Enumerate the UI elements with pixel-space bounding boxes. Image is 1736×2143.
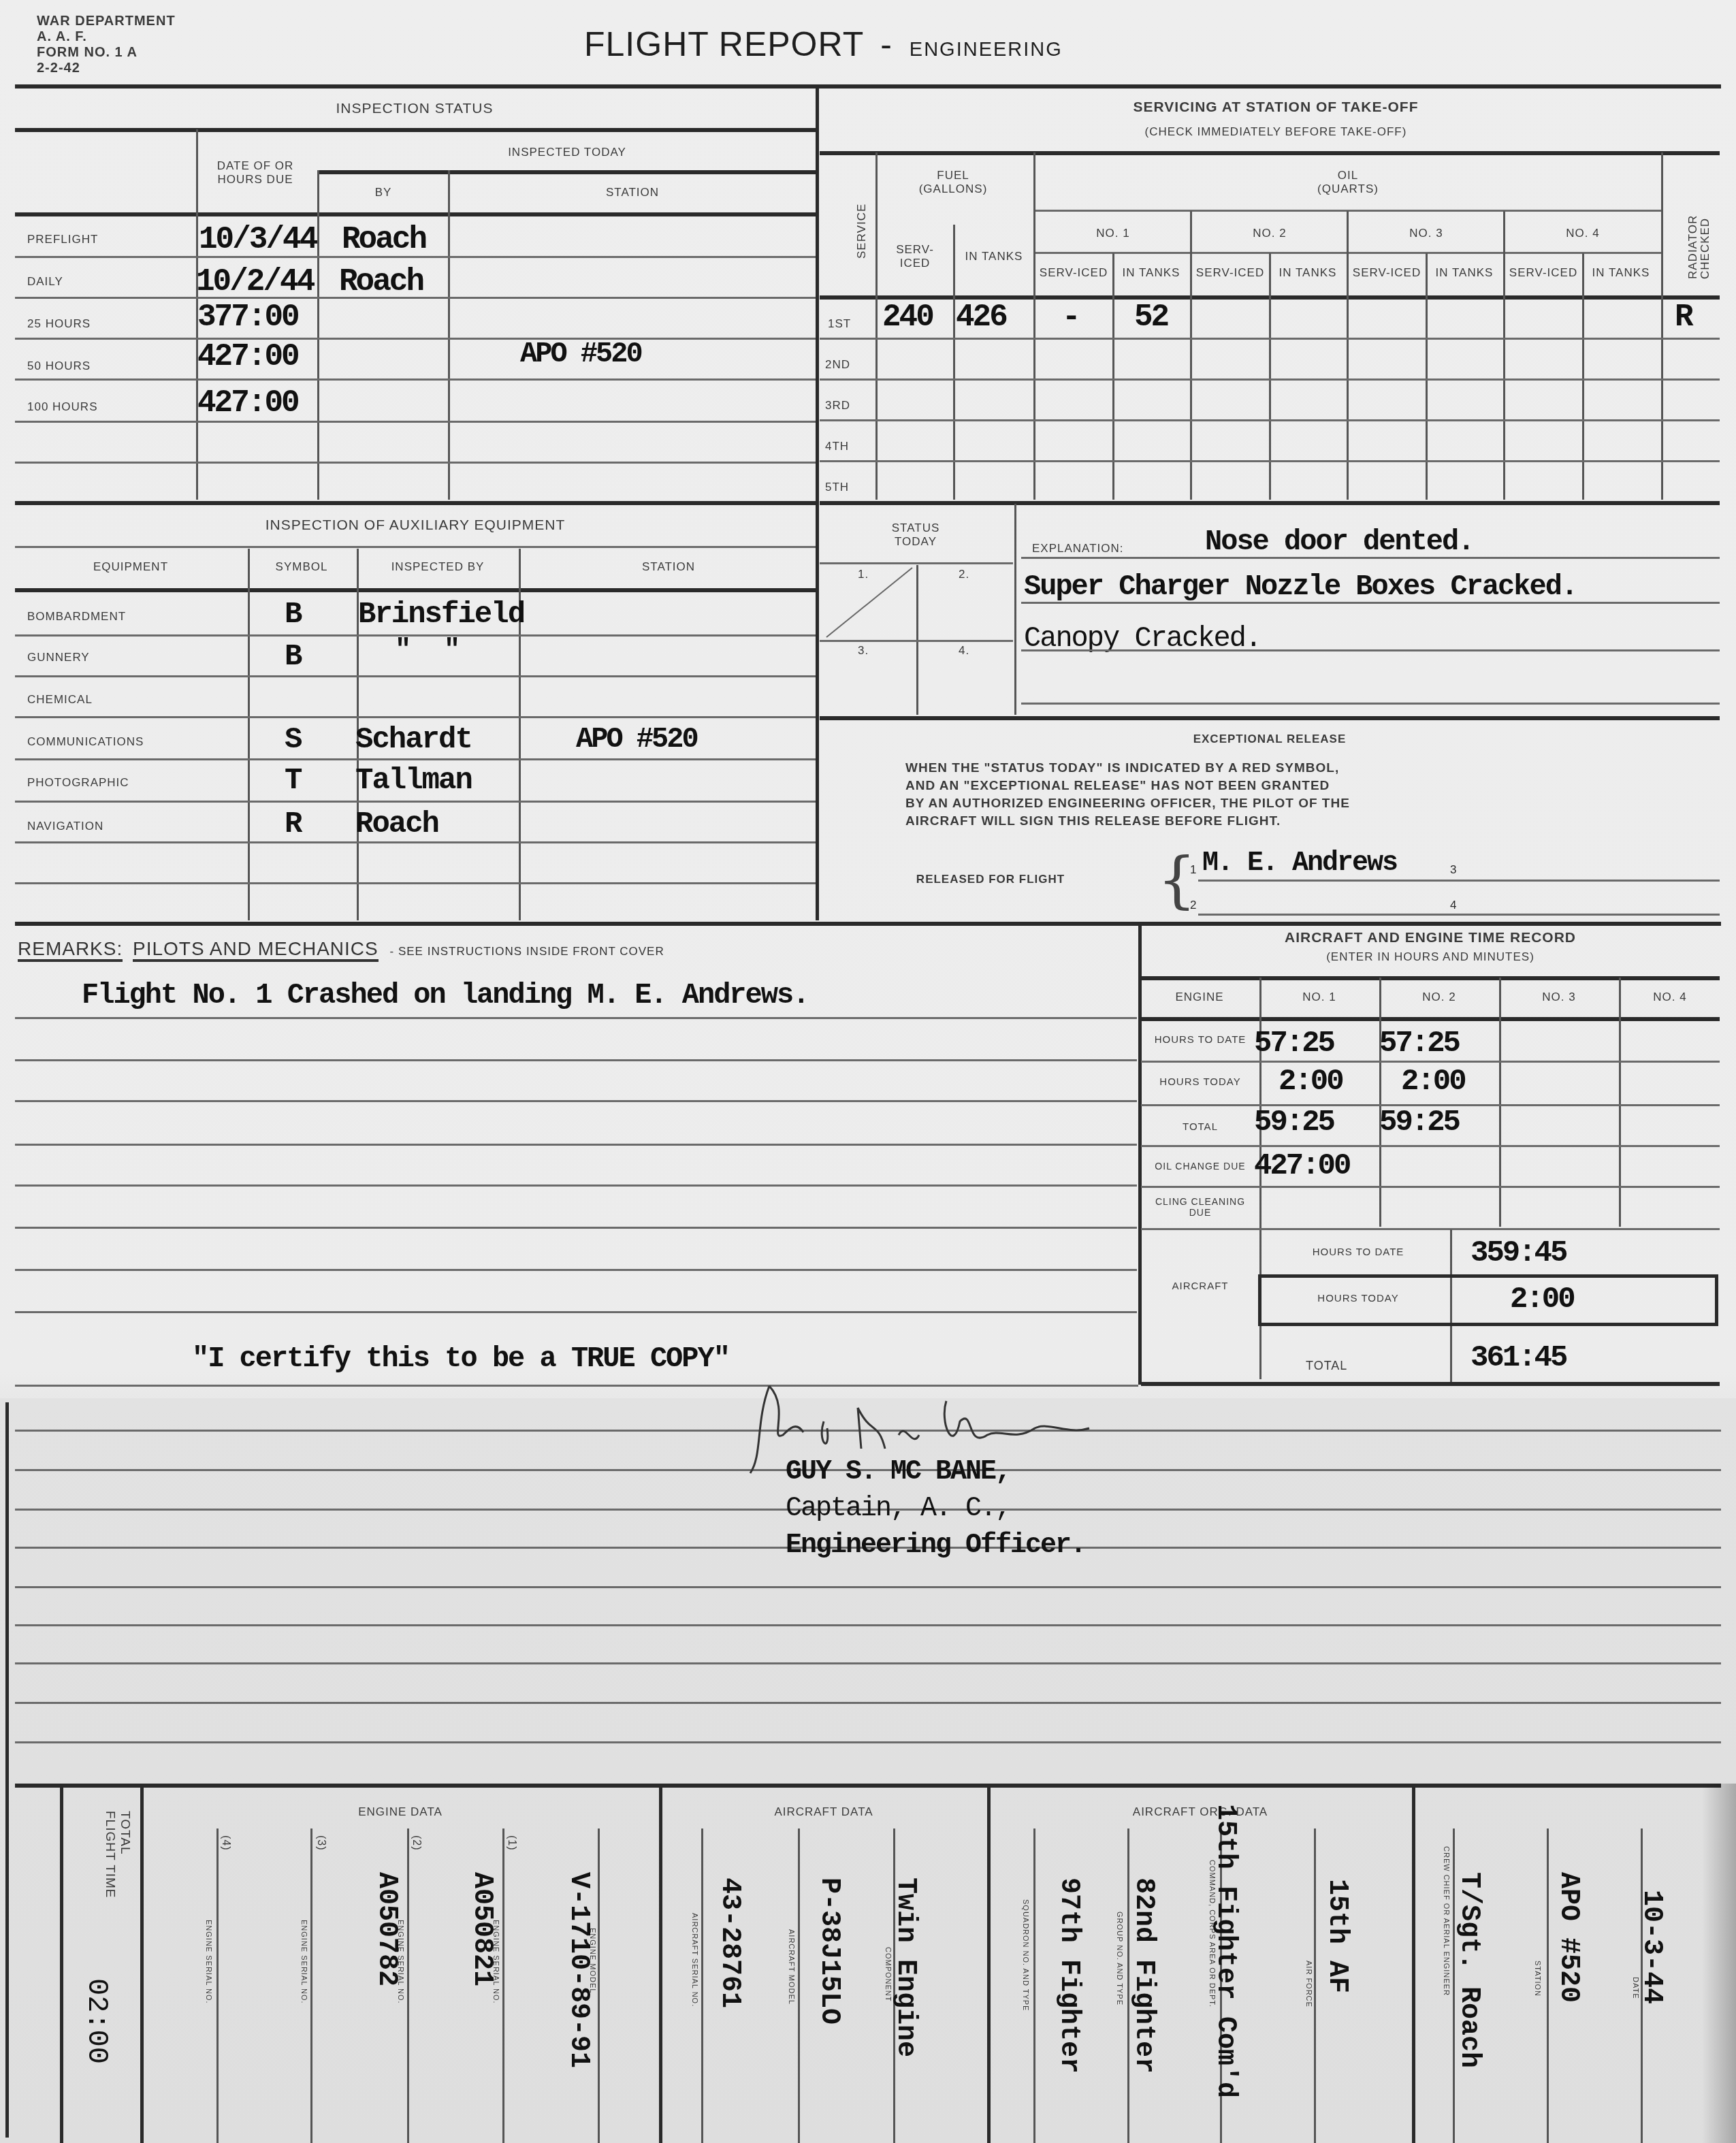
grid-line bbox=[1426, 253, 1428, 500]
rule bbox=[15, 338, 816, 340]
engine-1-total[interactable]: 59:25 bbox=[1254, 1106, 1334, 1140]
50-hours-due[interactable]: 427:00 bbox=[197, 339, 298, 374]
engine-2-hours-today[interactable]: 2:00 bbox=[1401, 1065, 1465, 1099]
rule bbox=[15, 378, 816, 381]
grid-line bbox=[1619, 978, 1621, 1227]
rule bbox=[15, 212, 816, 216]
form-identifier: WAR DEPARTMENT A. A. F. FORM NO. 1 A 2-2… bbox=[37, 14, 176, 76]
grid-line bbox=[216, 1828, 219, 2143]
date[interactable]: 10-3-44 bbox=[1636, 1890, 1667, 2004]
release-slot-1-num: 1 bbox=[1190, 863, 1196, 877]
col-inspected-by: INSPECTED BY bbox=[358, 550, 517, 584]
engine-2-marker: (2) bbox=[410, 1835, 422, 1851]
aircraft-data-title: AIRCRAFT DATA bbox=[662, 1805, 986, 1819]
equipment-navigation: NAVIGATION bbox=[27, 820, 103, 833]
rule bbox=[15, 758, 816, 760]
rule bbox=[15, 1227, 1137, 1229]
servicing-subtitle: (CHECK IMMEDIATELY BEFORE TAKE-OFF) bbox=[820, 125, 1732, 139]
oil-4-in-tanks: IN TANKS bbox=[1584, 255, 1658, 291]
time-record-title: AIRCRAFT AND ENGINE TIME RECORD bbox=[1141, 930, 1720, 946]
grid-line bbox=[317, 170, 319, 500]
officer-name: GUY S. MC BANE, bbox=[786, 1454, 1085, 1491]
rule bbox=[15, 546, 816, 548]
row-label-25-hours: 25 HOURS bbox=[27, 317, 91, 331]
grid-line bbox=[1661, 152, 1663, 500]
grid-line bbox=[502, 1828, 504, 2143]
grid-line bbox=[1269, 253, 1271, 500]
remarks-header: REMARKS: PILOTS AND MECHANICS - SEE INST… bbox=[18, 938, 664, 960]
equipment-bombardment: BOMBARDMENT bbox=[27, 610, 126, 624]
col-equipment: EQUIPMENT bbox=[15, 550, 246, 584]
oil-title: OIL bbox=[1338, 169, 1358, 182]
scan-shadow-edge bbox=[1702, 1784, 1736, 2143]
daily-due[interactable]: 10/2/44 bbox=[196, 264, 313, 300]
rule bbox=[820, 460, 1720, 462]
header-rule bbox=[15, 84, 1721, 88]
oil-2-serviced: SERV-ICED bbox=[1193, 255, 1268, 291]
aircraft-label: AIRCRAFT bbox=[1144, 1273, 1257, 1300]
exceptional-release-text: WHEN THE "STATUS TODAY" IS INDICATED BY … bbox=[905, 760, 1641, 831]
equipment-communications: COMMUNICATIONS bbox=[27, 735, 144, 749]
fuel-serviced-col: SERV-ICED bbox=[881, 238, 949, 275]
group-caption: GROUP NO. AND TYPE bbox=[1115, 1912, 1123, 2005]
release-signature-1[interactable]: M. E. Andrews bbox=[1202, 848, 1397, 879]
oil-1-serviced-1st[interactable]: - bbox=[1062, 300, 1081, 335]
grid-line bbox=[798, 1828, 800, 2143]
command[interactable]: 15th Fighter Com'd bbox=[1210, 1804, 1240, 2098]
aircraft-serial[interactable]: 43-28761 bbox=[714, 1878, 745, 2008]
explanation-line-1[interactable]: Nose door dented. bbox=[1205, 526, 1473, 558]
grid-line bbox=[1314, 1828, 1316, 2143]
fuel-in-tanks-1st[interactable]: 426 bbox=[956, 300, 1006, 335]
status-diagonal-slash bbox=[824, 565, 915, 640]
oil-2-in-tanks: IN TANKS bbox=[1270, 255, 1345, 291]
grid-line bbox=[1547, 1828, 1549, 2143]
col-service: SERVICE bbox=[855, 204, 869, 259]
rule bbox=[15, 841, 816, 843]
preflight-due[interactable]: 10/3/44 bbox=[199, 222, 316, 257]
page-title: FLIGHT REPORT - ENGINEERING bbox=[584, 25, 1063, 64]
col-engine: ENGINE bbox=[1141, 980, 1258, 1014]
inspected-by-navigation[interactable]: Roach bbox=[355, 807, 438, 841]
station-caption: STATION bbox=[1533, 1961, 1541, 1997]
rule bbox=[15, 128, 816, 132]
oil-4-serviced: SERV-ICED bbox=[1506, 255, 1581, 291]
engine-no-2: NO. 2 bbox=[1381, 980, 1498, 1014]
column-divider bbox=[816, 84, 819, 920]
rule bbox=[15, 297, 816, 299]
exceptional-release-title: EXCEPTIONAL RELEASE bbox=[820, 732, 1720, 746]
release-text-line: WHEN THE "STATUS TODAY" IS INDICATED BY … bbox=[905, 760, 1641, 777]
release-text-line: AND AN "EXCEPTIONAL RELEASE" HAS NOT BEE… bbox=[905, 777, 1641, 795]
col-date-due: DATE OF OR HOURS DUE bbox=[197, 136, 313, 210]
rule bbox=[820, 562, 1013, 564]
release-text-line: AIRCRAFT WILL SIGN THIS RELEASE BEFORE F… bbox=[905, 813, 1641, 831]
rule bbox=[15, 716, 816, 718]
engine-no-4: NO. 4 bbox=[1620, 980, 1720, 1014]
rule bbox=[15, 1269, 1137, 1271]
grid-line bbox=[875, 152, 878, 500]
station-communications[interactable]: APO #520 bbox=[576, 723, 697, 756]
rule bbox=[15, 801, 816, 803]
release-slot-4-num: 4 bbox=[1450, 899, 1456, 912]
row-label-100-hours: 100 HOURS bbox=[27, 400, 97, 414]
col-by: BY bbox=[319, 176, 448, 210]
symbol-photographic[interactable]: T bbox=[285, 764, 302, 798]
preflight-by[interactable]: Roach bbox=[342, 222, 425, 257]
oil-1-in-tanks-1st[interactable]: 52 bbox=[1134, 300, 1168, 335]
rule bbox=[15, 922, 1721, 926]
air-force-caption: AIR FORCE bbox=[1304, 1961, 1313, 2008]
service-row-label: 5TH bbox=[825, 481, 849, 494]
grid-line bbox=[407, 1828, 409, 2143]
aircraft-row-label: TOTAL bbox=[1306, 1359, 1347, 1373]
explanation-line-2[interactable]: Super Charger Nozzle Boxes Cracked. bbox=[1024, 570, 1577, 603]
total-flight-time-label: TOTAL FLIGHT TIME bbox=[102, 1811, 132, 1906]
oil-engine-3: NO. 3 bbox=[1348, 216, 1505, 251]
squadron-caption: SQUADRON NO. AND TYPE bbox=[1021, 1899, 1029, 2011]
rule bbox=[15, 1100, 1137, 1102]
grid-line bbox=[140, 1786, 144, 2143]
status-box-3[interactable]: 3. bbox=[858, 644, 869, 658]
grid-line bbox=[310, 1828, 312, 2143]
engine-1-marker: (1) bbox=[505, 1835, 517, 1851]
grid-line bbox=[1379, 978, 1381, 1227]
oil-unit: (QUARTS) bbox=[1317, 182, 1379, 196]
grid-line bbox=[1499, 978, 1501, 1227]
equipment-photographic: PHOTOGRAPHIC bbox=[27, 776, 129, 790]
grid-line bbox=[1033, 1828, 1035, 2143]
officer-title: Engineering Officer. bbox=[786, 1528, 1085, 1564]
rule bbox=[820, 640, 1013, 642]
squadron[interactable]: 97th Fighter bbox=[1053, 1878, 1084, 2074]
inspected-by-communications[interactable]: Schardt bbox=[355, 723, 472, 757]
oil-engine-4: NO. 4 bbox=[1505, 216, 1661, 251]
rule bbox=[1198, 880, 1720, 882]
aircraft-model[interactable]: P-38J15LO bbox=[814, 1878, 844, 2025]
title-separator: - bbox=[880, 25, 893, 63]
fuel-unit: (GALLONS) bbox=[919, 182, 988, 196]
rule bbox=[820, 501, 1720, 505]
engine-3-caption: ENGINE SERIAL NO. bbox=[300, 1920, 308, 2004]
rule bbox=[1021, 602, 1720, 604]
rule bbox=[15, 1624, 1721, 1626]
grid-line bbox=[701, 1828, 703, 2143]
grid-line bbox=[659, 1786, 662, 2143]
aircraft-serial-caption: AIRCRAFT SERIAL NO. bbox=[690, 1913, 698, 2007]
grid-line bbox=[248, 549, 250, 920]
release-text-line: BY AN AUTHORIZED ENGINEERING OFFICER, TH… bbox=[905, 795, 1641, 813]
released-for-flight-label: RELEASED FOR FLIGHT bbox=[905, 859, 1076, 900]
rule bbox=[15, 256, 816, 258]
col-aux-station: STATION bbox=[521, 550, 816, 584]
rule bbox=[1141, 1228, 1720, 1230]
servicing-title: SERVICING AT STATION OF TAKE-OFF bbox=[820, 99, 1732, 116]
rule bbox=[820, 151, 1720, 155]
time-row-label: HOURS TO DATE bbox=[1144, 1020, 1257, 1061]
inspected-by-gunnery[interactable]: " " bbox=[395, 636, 460, 666]
rule bbox=[15, 675, 816, 677]
daily-by[interactable]: Roach bbox=[339, 264, 423, 300]
status-box-1[interactable]: 1. bbox=[858, 568, 869, 581]
grid-line bbox=[1503, 211, 1505, 500]
dept-line: 2-2-42 bbox=[37, 61, 176, 76]
oil-3-in-tanks: IN TANKS bbox=[1427, 255, 1502, 291]
status-box-2[interactable]: 2. bbox=[959, 568, 969, 581]
equipment-gunnery: GUNNERY bbox=[27, 651, 90, 664]
radiator-checked-header: RADIATOR CHECKED bbox=[1687, 163, 1711, 279]
rule bbox=[1021, 557, 1720, 559]
title-main: FLIGHT REPORT bbox=[584, 25, 863, 63]
rule bbox=[15, 588, 816, 592]
grid-line bbox=[1014, 504, 1016, 715]
dept-line: A. A. F. bbox=[37, 29, 176, 45]
air-force[interactable]: 15th AF bbox=[1321, 1879, 1352, 1993]
rule bbox=[15, 1185, 1137, 1187]
service-row-label: 3RD bbox=[825, 399, 850, 413]
rule bbox=[1021, 649, 1720, 651]
rule bbox=[820, 716, 1720, 720]
oil-engine-1: NO. 1 bbox=[1035, 216, 1191, 251]
engine-no-1: NO. 1 bbox=[1261, 980, 1378, 1014]
component[interactable]: Twin Engine bbox=[890, 1878, 920, 2057]
auxiliary-title: INSPECTION OF AUXILIARY EQUIPMENT bbox=[15, 517, 816, 534]
rule bbox=[15, 501, 816, 505]
engine-no-3: NO. 3 bbox=[1500, 980, 1618, 1014]
grid-line bbox=[1112, 253, 1114, 500]
grid-line bbox=[1033, 152, 1035, 500]
grid-line bbox=[953, 225, 955, 500]
col-inspected-today: INSPECTED TODAY bbox=[319, 136, 816, 169]
grid-line bbox=[1582, 253, 1584, 500]
remark-line-1[interactable]: Flight No. 1 Crashed on landing M. E. An… bbox=[82, 979, 808, 1012]
engine-model[interactable]: V-1710-89-91 bbox=[563, 1872, 594, 2068]
rule bbox=[1021, 703, 1720, 705]
fuel-serviced-1st[interactable]: 240 bbox=[882, 300, 933, 335]
100-hours-due[interactable]: 427:00 bbox=[197, 385, 298, 421]
aircraft-hours-today[interactable]: 2:00 bbox=[1510, 1283, 1574, 1317]
engine-1-oil-change-due[interactable]: 427:00 bbox=[1254, 1149, 1349, 1183]
col-symbol: SYMBOL bbox=[249, 550, 354, 584]
certification-text: "I certify this to be a TRUE COPY" bbox=[192, 1342, 729, 1375]
time-row-label: OIL CHANGE DUE bbox=[1144, 1146, 1257, 1186]
remarks-instruction: - SEE INSTRUCTIONS INSIDE FRONT COVER bbox=[390, 945, 664, 958]
rule bbox=[15, 1059, 1137, 1061]
engine-3-marker: (3) bbox=[315, 1835, 327, 1851]
oil-1-serviced: SERV-ICED bbox=[1036, 255, 1111, 291]
engine-2-serial[interactable]: A050782 bbox=[371, 1872, 402, 1986]
aircraft-org-data-title: AIRCRAFT ORG. DATA bbox=[990, 1805, 1411, 1819]
signature-block: GUY S. MC BANE, Captain, A. C., Engineer… bbox=[786, 1454, 1085, 1564]
engine-1-hours-to-date[interactable]: 57:25 bbox=[1254, 1027, 1334, 1061]
grid-line bbox=[1190, 211, 1192, 500]
engine-data-title: ENGINE DATA bbox=[143, 1805, 658, 1819]
time-row-label: CLING CLEANING DUE bbox=[1144, 1187, 1257, 1227]
rule bbox=[1141, 1382, 1720, 1386]
engine-4-caption: ENGINE SERIAL NO. bbox=[204, 1920, 212, 2004]
rule bbox=[15, 882, 816, 884]
row-label-50-hours: 50 HOURS bbox=[27, 359, 91, 373]
aircraft-row-label: HOURS TODAY bbox=[1307, 1278, 1409, 1319]
rule bbox=[820, 338, 1720, 340]
total-flight-time[interactable]: 02:00 bbox=[80, 1978, 113, 2064]
rule bbox=[1198, 914, 1720, 916]
inspection-status-title: INSPECTION STATUS bbox=[14, 101, 816, 117]
grid-line bbox=[598, 1828, 600, 2143]
row-label-preflight: PREFLIGHT bbox=[27, 233, 98, 246]
symbol-bombardment[interactable]: B bbox=[285, 598, 302, 632]
pilots-mechanics-label: PILOTS AND MECHANICS bbox=[133, 938, 379, 962]
aircraft-row-label: HOURS TO DATE bbox=[1307, 1232, 1409, 1273]
release-slot-3-num: 3 bbox=[1450, 863, 1456, 877]
rule bbox=[15, 1017, 1137, 1019]
rule bbox=[15, 1784, 1721, 1788]
rule bbox=[15, 1144, 1137, 1146]
engine-1-serial[interactable]: A050821 bbox=[466, 1872, 497, 1986]
engine-2-hours-to-date[interactable]: 57:25 bbox=[1379, 1027, 1459, 1061]
col-station: STATION bbox=[449, 176, 816, 210]
aircraft-total[interactable]: 361:45 bbox=[1470, 1341, 1566, 1375]
page-edge bbox=[5, 1402, 9, 2138]
grid-line bbox=[1412, 1786, 1415, 2143]
oil-3-serviced: SERV-ICED bbox=[1349, 255, 1424, 291]
engine-1-hours-today[interactable]: 2:00 bbox=[1279, 1065, 1343, 1099]
oil-header: OIL (QUARTS) bbox=[1035, 162, 1661, 203]
rule bbox=[15, 421, 816, 423]
crew-chief[interactable]: T/Sgt. Roach bbox=[1453, 1872, 1484, 2068]
symbol-navigation[interactable]: R bbox=[285, 807, 302, 841]
rule bbox=[15, 1586, 1721, 1588]
time-row-label: HOURS TODAY bbox=[1144, 1062, 1257, 1103]
station[interactable]: APO #520 bbox=[1553, 1872, 1584, 2003]
symbol-communications[interactable]: S bbox=[285, 723, 302, 757]
time-record-subtitle: (ENTER IN HOURS AND MINUTES) bbox=[1141, 950, 1720, 964]
service-row-label: 4TH bbox=[825, 440, 849, 453]
title-sub: ENGINEERING bbox=[910, 39, 1063, 61]
radiator-checked-1st[interactable]: R bbox=[1675, 300, 1694, 335]
rule bbox=[15, 462, 816, 464]
dept-line: WAR DEPARTMENT bbox=[37, 14, 176, 29]
time-row-label: TOTAL bbox=[1144, 1114, 1257, 1141]
dept-line: FORM NO. 1 A bbox=[37, 45, 176, 61]
fuel-in-tanks-col: IN TANKS bbox=[956, 238, 1032, 275]
aircraft-hours-to-date[interactable]: 359:45 bbox=[1470, 1236, 1566, 1270]
aircraft-model-caption: AIRCRAFT MODEL bbox=[787, 1929, 795, 2005]
service-row-label: 2ND bbox=[825, 358, 850, 372]
inspected-by-bombardment[interactable]: Brinsfield bbox=[358, 598, 524, 632]
row-label-daily: DAILY bbox=[27, 275, 63, 289]
crew-chief-caption: CREW CHIEF OR AERIAL ENGINEER bbox=[1442, 1846, 1450, 1996]
rule bbox=[820, 378, 1720, 381]
rule bbox=[15, 1662, 1721, 1664]
equipment-chemical: CHEMICAL bbox=[27, 693, 93, 707]
release-slot-2-num: 2 bbox=[1190, 899, 1196, 912]
symbol-gunnery[interactable]: B bbox=[285, 640, 302, 674]
rule bbox=[820, 419, 1720, 421]
50-hours-station[interactable]: APO #520 bbox=[520, 338, 641, 370]
oil-engine-2: NO. 2 bbox=[1191, 216, 1348, 251]
inspected-by-photographic[interactable]: Tallman bbox=[355, 764, 472, 798]
explanation-label: EXPLANATION: bbox=[1032, 542, 1124, 555]
group[interactable]: 82nd Fighter bbox=[1128, 1878, 1159, 2074]
fuel-header: FUEL (GALLONS) bbox=[878, 162, 1028, 203]
status-box-4[interactable]: 4. bbox=[959, 644, 969, 658]
grid-line bbox=[448, 170, 450, 500]
remarks-label: REMARKS: bbox=[18, 938, 123, 962]
rule bbox=[317, 170, 816, 174]
rule bbox=[15, 1741, 1721, 1743]
fuel-title: FUEL bbox=[937, 169, 969, 182]
status-today-header: STATUS TODAY bbox=[878, 515, 953, 555]
25-hours-due[interactable]: 377:00 bbox=[197, 300, 298, 335]
engine-4-marker: (4) bbox=[219, 1835, 231, 1851]
oil-1-in-tanks: IN TANKS bbox=[1114, 255, 1189, 291]
rule bbox=[15, 1311, 1137, 1313]
engine-2-total[interactable]: 59:25 bbox=[1379, 1106, 1459, 1140]
grid-line bbox=[60, 1786, 63, 2143]
grid-line bbox=[987, 1786, 991, 2143]
service-row-label: 1ST bbox=[828, 317, 851, 331]
grid-line bbox=[1347, 211, 1349, 500]
officer-rank: Captain, A. C., bbox=[786, 1491, 1085, 1528]
rule bbox=[15, 1702, 1721, 1704]
flight-report-form: WAR DEPARTMENT A. A. F. FORM NO. 1 A 2-2… bbox=[0, 0, 1736, 2143]
